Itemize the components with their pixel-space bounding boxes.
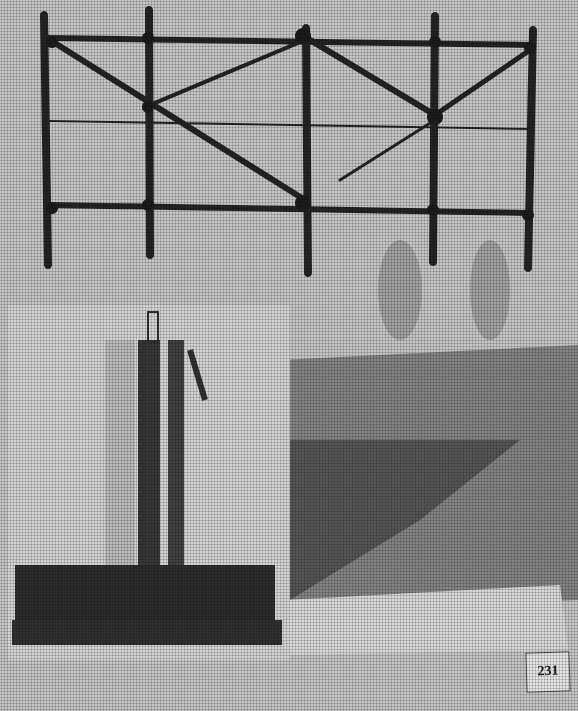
photo-drawing bbox=[0, 0, 578, 711]
exhibit-number-card: 231 bbox=[525, 651, 570, 693]
exhibit-photograph: 231 bbox=[0, 0, 578, 711]
